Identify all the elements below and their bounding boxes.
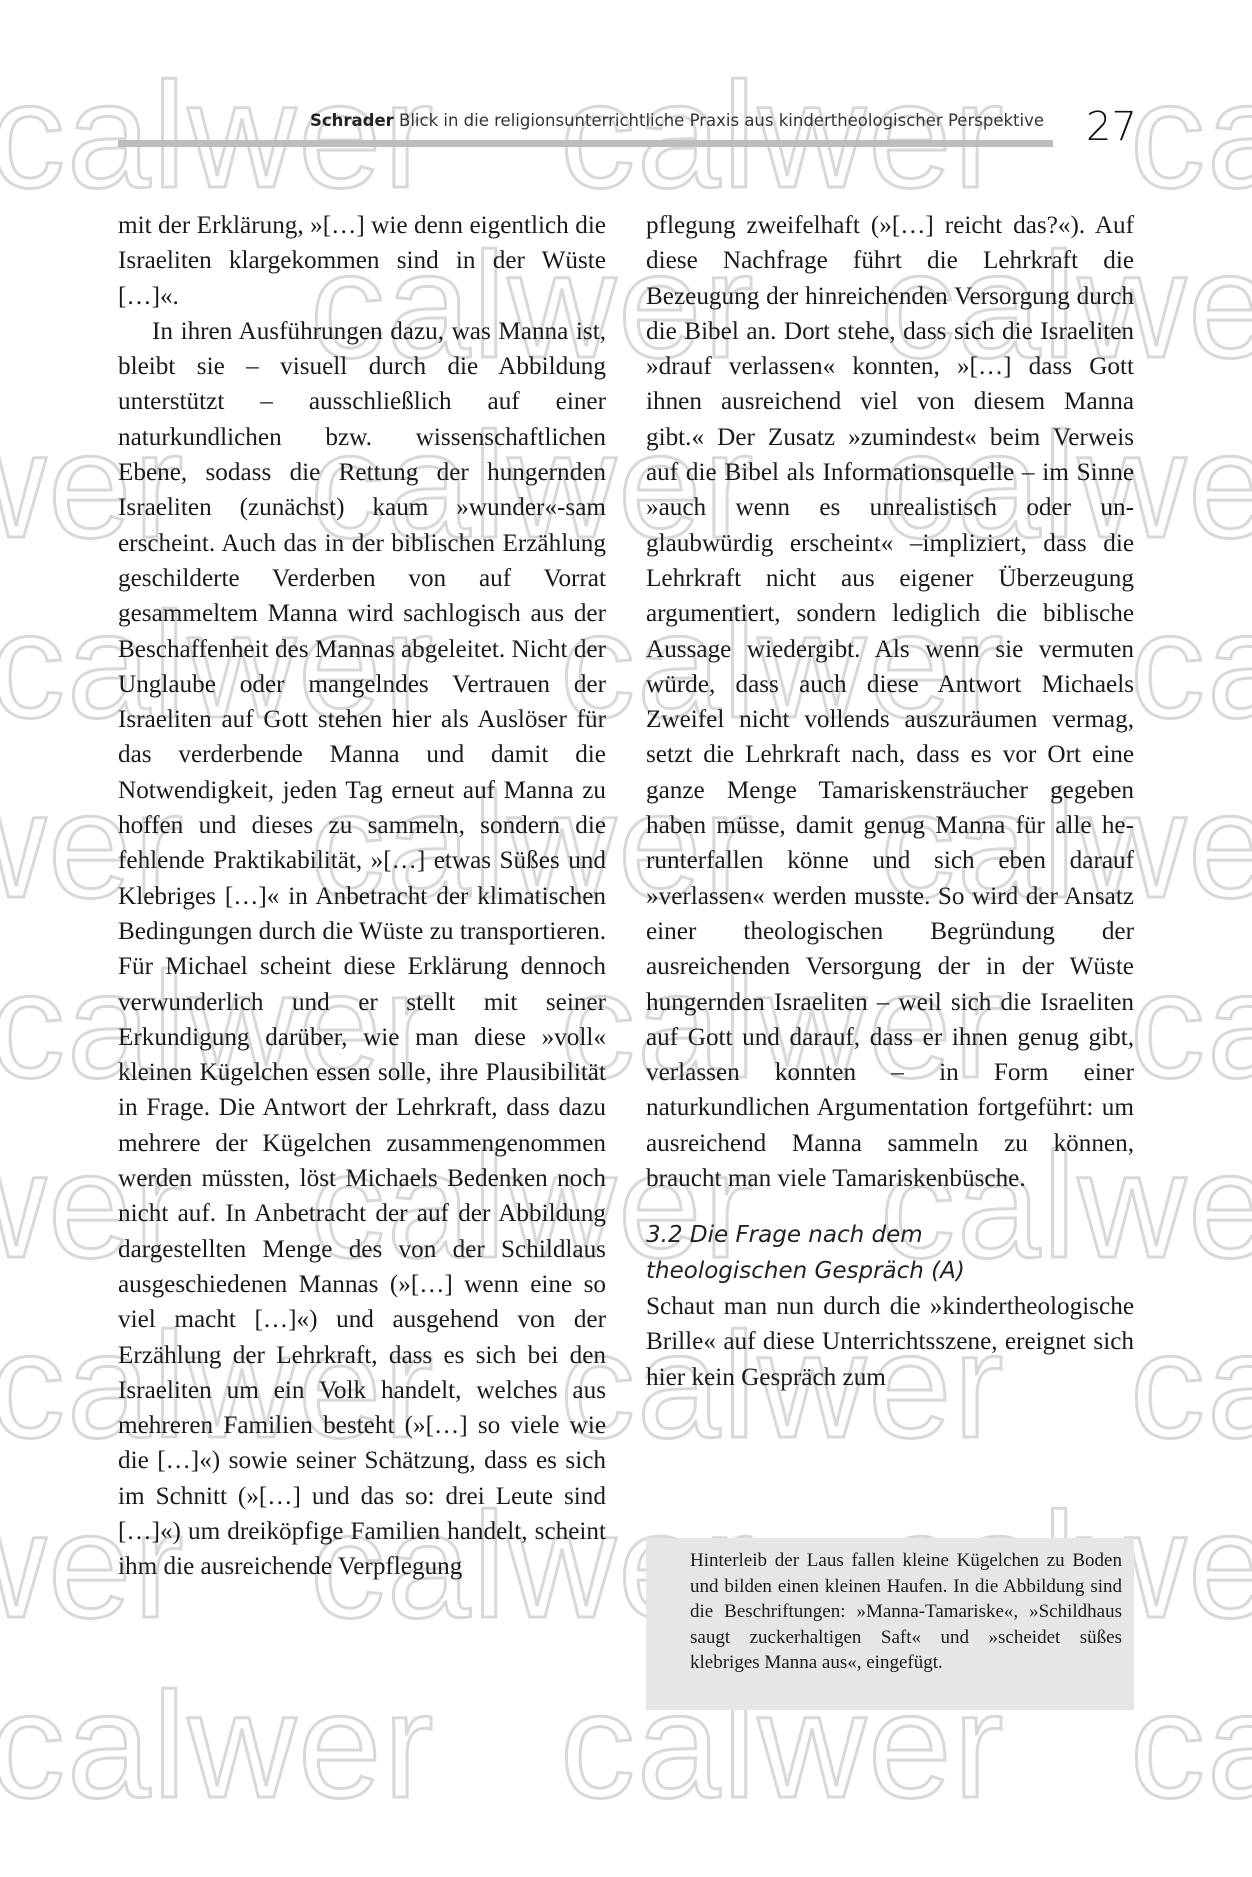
watermark: calwer [0,1670,435,1820]
paragraph: In ihren Ausführungen dazu, was Manna is… [118,314,606,1585]
left-column: mit der Erklärung, »[…] wie denn eigent­… [118,208,606,1585]
watermark: calwer [1130,950,1252,1100]
watermark: calwer [1130,60,1252,210]
watermark: calwer [1130,590,1252,740]
paragraph: Schaut man nun durch die »kindertheo­log… [646,1289,1134,1395]
section-heading: 3.2 Die Frage nach dem theologischen Ges… [646,1218,1134,1289]
watermark: calwer [1130,1310,1252,1460]
footnote-box: Hinterleib der Laus fallen kleine Kügelc… [646,1538,1134,1710]
paragraph: mit der Erklärung, »[…] wie denn eigent­… [118,208,606,314]
watermark: calwer [1130,1670,1252,1820]
watermark: calwer [0,60,435,210]
running-header: Schrader Blick in die religionsunterrich… [310,111,1044,130]
right-column: pflegung zweifelhaft (»[…] reicht das?«)… [646,208,1134,1395]
section-heading-line: 3.2 Die Frage nach dem [646,1222,923,1248]
header-title: Blick in die religionsunterrichtliche Pr… [399,111,1044,130]
watermark: calwer [560,60,1005,210]
page-number: 27 [1086,104,1137,150]
header-rule [118,140,1053,147]
header-author: Schrader [310,111,394,130]
paragraph: pflegung zweifelhaft (»[…] reicht das?«)… [646,208,1134,1196]
section-heading-line: theologischen Gespräch (A) [646,1258,965,1284]
footnote-text: Hinterleib der Laus fallen kleine Kügelc… [690,1548,1122,1676]
